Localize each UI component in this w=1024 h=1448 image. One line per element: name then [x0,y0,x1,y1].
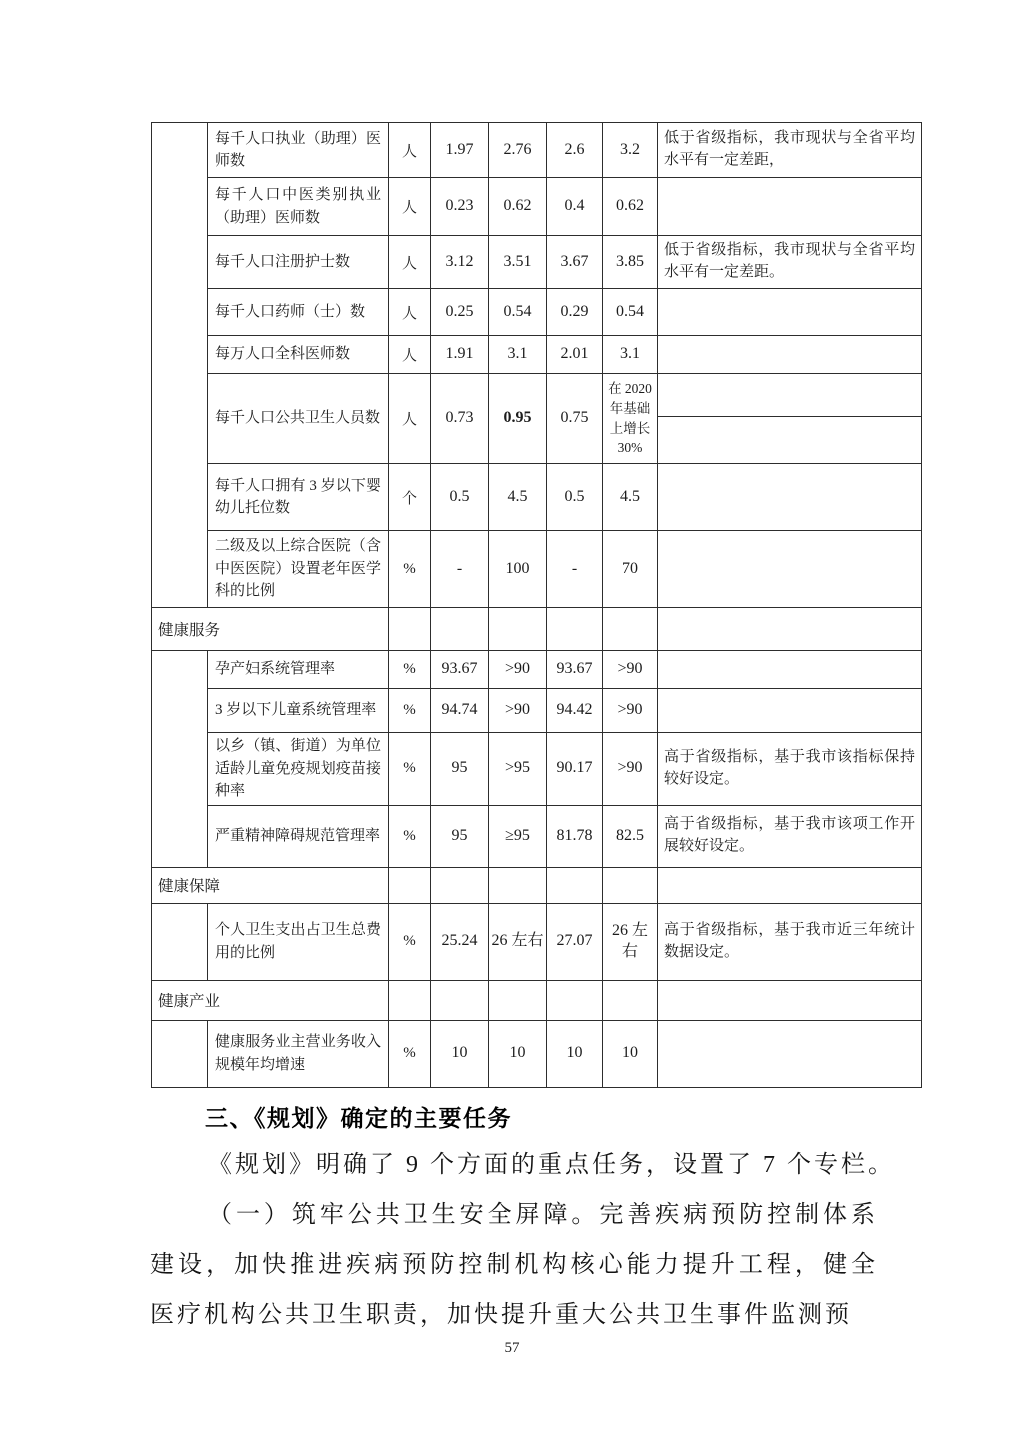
remark-cell: 高于省级指标，基于我市该项工作开展较好设定。 [658,805,922,867]
indicator-row: 个人卫生支出占卫生总费用的比例%25.2426 左右27.0726 左右高于省级… [152,903,922,980]
value-cell: 3.85 [603,236,658,289]
value-cell: 在 2020 年基础上增长 30% [603,374,658,464]
indicator-row: 每千人口公共卫生人员数人0.730.950.75在 2020 年基础上增长 30… [152,374,922,464]
body-text-block: 《规划》明确了 9 个方面的重点任务，设置了 7 个专栏。 （一）筑牢公共卫生安… [150,1140,878,1340]
value-cell: 81.78 [547,805,603,867]
indicator-name-cell: 健康服务业主营业务收入规模年均增速 [208,1020,389,1087]
unit-cell: 人 [389,374,431,464]
value-cell: 0.75 [547,374,603,464]
value-cell: >90 [489,651,547,689]
value-cell: ≥95 [489,805,547,867]
value-cell: 0.25 [431,289,489,336]
indicator-name-cell: 每千人口拥有 3 岁以下婴幼儿托位数 [208,464,389,531]
indicator-name-cell: 每千人口注册护士数 [208,236,389,289]
value-cell [489,608,547,651]
remark-cell [658,374,922,464]
unit-cell: % [389,651,431,689]
unit-cell [389,608,431,651]
unit-cell: % [389,805,431,867]
value-cell [603,867,658,903]
indicator-row: 孕产妇系统管理率%93.67>9093.67>90 [152,651,922,689]
section-row: 健康保障 [152,867,922,903]
value-cell: 10 [431,1020,489,1087]
unit-cell: % [389,1020,431,1087]
value-cell: 93.67 [547,651,603,689]
indicator-row: 以乡（镇、街道）为单位适龄儿童免疫规划疫苗接种率%95>9590.17>90高于… [152,733,922,806]
unit-cell: 人 [389,336,431,374]
value-cell: 1.97 [431,123,489,178]
value-cell: 4.5 [489,464,547,531]
value-cell: 82.5 [603,805,658,867]
value-cell: 3.1 [603,336,658,374]
value-cell: 3.67 [547,236,603,289]
unit-cell: % [389,733,431,806]
value-cell: 2.01 [547,336,603,374]
value-cell: 26 左右 [489,903,547,980]
value-cell [603,980,658,1020]
value-cell: 3.12 [431,236,489,289]
remark-cell: 低于省级指标，我市现状与全省平均水平有一定差距， [658,123,922,178]
value-cell: 0.5 [547,464,603,531]
remark-cell: 高于省级指标，基于我市近三年统计数据设定。 [658,903,922,980]
value-cell: - [547,531,603,608]
indicator-name-cell: 孕产妇系统管理率 [208,651,389,689]
remark-cell: 低于省级指标，我市现状与全省平均水平有一定差距。 [658,236,922,289]
unit-cell: 个 [389,464,431,531]
value-cell: 100 [489,531,547,608]
remark-cell [658,689,922,733]
unit-cell: 人 [389,289,431,336]
value-cell: 0.29 [547,289,603,336]
value-cell: 27.07 [547,903,603,980]
unit-cell: % [389,689,431,733]
unit-cell [389,980,431,1020]
value-cell: 3.2 [603,123,658,178]
value-cell: 25.24 [431,903,489,980]
value-cell: 0.23 [431,178,489,236]
indicator-name-cell: 每千人口公共卫生人员数 [208,374,389,464]
value-cell [547,608,603,651]
value-cell: 90.17 [547,733,603,806]
remark-cell [658,608,922,651]
indicator-name-cell: 个人卫生支出占卫生总费用的比例 [208,903,389,980]
category-cell [152,1020,208,1087]
indicator-row: 每千人口中医类别执业（助理）医师数人0.230.620.40.62 [152,178,922,236]
value-cell: >90 [603,689,658,733]
remark-cell-divider [658,416,922,417]
value-cell: 3.1 [489,336,547,374]
category-cell [152,651,208,868]
value-cell: 93.67 [431,651,489,689]
value-cell [489,867,547,903]
indicator-name-cell: 严重精神障碍规范管理率 [208,805,389,867]
category-cell [152,903,208,980]
indicator-row: 二级及以上综合医院（含中医医院）设置老年医学科的比例%-100-70 [152,531,922,608]
unit-cell: % [389,531,431,608]
value-cell: 2.6 [547,123,603,178]
value-cell: 10 [489,1020,547,1087]
indicator-name-cell: 3 岁以下儿童系统管理率 [208,689,389,733]
indicator-name-cell: 二级及以上综合医院（含中医医院）设置老年医学科的比例 [208,531,389,608]
value-cell: 10 [603,1020,658,1087]
category-cell [152,123,208,608]
paragraph-overview: 《规划》明确了 9 个方面的重点任务，设置了 7 个专栏。 [150,1140,878,1190]
indicator-row: 每千人口执业（助理）医师数人1.972.762.63.2低于省级指标，我市现状与… [152,123,922,178]
unit-cell: 人 [389,236,431,289]
indicator-row: 每千人口药师（士）数人0.250.540.290.54 [152,289,922,336]
unit-cell [389,867,431,903]
remark-cell [658,531,922,608]
remark-cell [658,1020,922,1087]
paragraph-task-one: （一）筑牢公共卫生安全屏障。完善疾病预防控制体系建设，加快推进疾病预防控制机构核… [150,1190,878,1340]
value-cell: >95 [489,733,547,806]
value-cell [547,980,603,1020]
page-number: 57 [0,1340,1024,1357]
value-cell: 94.74 [431,689,489,733]
indicator-row: 严重精神障碍规范管理率%95≥9581.7882.5高于省级指标，基于我市该项工… [152,805,922,867]
remark-cell [658,980,922,1020]
value-cell [431,867,489,903]
indicator-name-cell: 每千人口药师（士）数 [208,289,389,336]
remark-cell [658,289,922,336]
value-cell: >90 [603,651,658,689]
section-label-cell: 健康产业 [152,980,389,1020]
indicator-row: 每千人口注册护士数人3.123.513.673.85低于省级指标，我市现状与全省… [152,236,922,289]
value-cell: - [431,531,489,608]
remark-cell [658,464,922,531]
remark-cell: 高于省级指标，基于我市该指标保持较好设定。 [658,733,922,806]
value-cell: 0.54 [489,289,547,336]
value-cell: >90 [489,689,547,733]
indicator-row: 3 岁以下儿童系统管理率%94.74>9094.42>90 [152,689,922,733]
value-cell [603,608,658,651]
value-cell: >90 [603,733,658,806]
value-cell: 1.91 [431,336,489,374]
value-cell: 4.5 [603,464,658,531]
value-cell: 0.5 [431,464,489,531]
remark-cell [658,336,922,374]
value-cell: 2.76 [489,123,547,178]
unit-cell: 人 [389,123,431,178]
section-label-cell: 健康服务 [152,608,389,651]
unit-cell: % [389,903,431,980]
value-cell: 3.51 [489,236,547,289]
unit-cell: 人 [389,178,431,236]
section-heading: 三、《规划》确定的主要任务 [150,1100,890,1133]
remark-cell [658,178,922,236]
value-cell [431,980,489,1020]
remark-cell [658,651,922,689]
indicator-name-cell: 每万人口全科医师数 [208,336,389,374]
remark-cell [658,867,922,903]
value-cell [489,980,547,1020]
value-cell: 0.54 [603,289,658,336]
value-cell: 0.73 [431,374,489,464]
value-cell: 95 [431,805,489,867]
health-indicators-table-body: 每千人口执业（助理）医师数人1.972.762.63.2低于省级指标，我市现状与… [152,123,922,1088]
indicator-row: 每万人口全科医师数人1.913.12.013.1 [152,336,922,374]
document-page: 每千人口执业（助理）医师数人1.972.762.63.2低于省级指标，我市现状与… [0,0,1024,1448]
value-cell: 70 [603,531,658,608]
value-cell: 10 [547,1020,603,1087]
indicator-row: 每千人口拥有 3 岁以下婴幼儿托位数个0.54.50.54.5 [152,464,922,531]
health-indicators-table: 每千人口执业（助理）医师数人1.972.762.63.2低于省级指标，我市现状与… [151,122,922,1088]
value-cell: 0.95 [489,374,547,464]
value-cell: 94.42 [547,689,603,733]
value-cell [547,867,603,903]
value-cell: 0.62 [489,178,547,236]
section-label-cell: 健康保障 [152,867,389,903]
indicator-name-cell: 每千人口执业（助理）医师数 [208,123,389,178]
section-row: 健康服务 [152,608,922,651]
indicator-row: 健康服务业主营业务收入规模年均增速%10101010 [152,1020,922,1087]
value-cell: 0.62 [603,178,658,236]
value-cell [431,608,489,651]
indicator-name-cell: 以乡（镇、街道）为单位适龄儿童免疫规划疫苗接种率 [208,733,389,806]
indicator-name-cell: 每千人口中医类别执业（助理）医师数 [208,178,389,236]
value-cell: 0.4 [547,178,603,236]
value-cell: 95 [431,733,489,806]
section-row: 健康产业 [152,980,922,1020]
value-cell: 26 左右 [603,903,658,980]
